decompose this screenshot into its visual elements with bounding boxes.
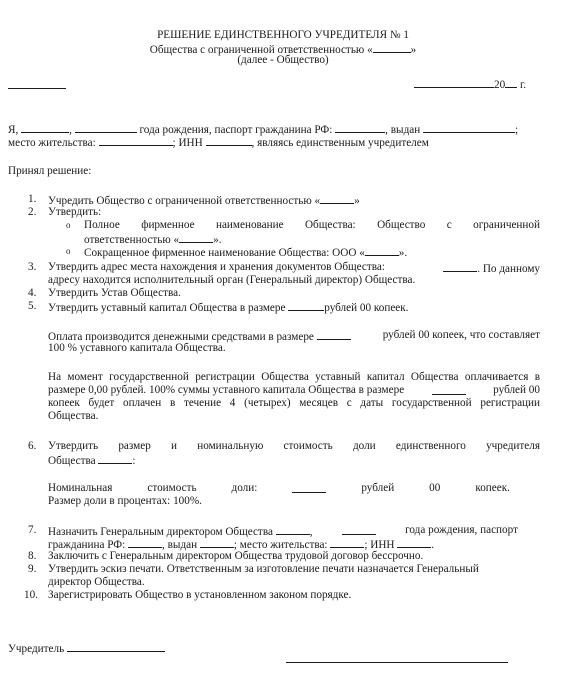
founder-name-blank[interactable] — [21, 122, 69, 133]
item-3-line-2: адресу находится исполнительный орган (Г… — [48, 274, 540, 287]
founder-signature: Учредитель — [8, 641, 165, 656]
item-8: Заключить с Генеральным директором Общес… — [48, 550, 540, 563]
capital-amount-blank[interactable] — [288, 300, 324, 311]
address-blank[interactable] — [443, 261, 477, 272]
item-5: Утвердить уставный капитал Общества в ра… — [48, 300, 540, 315]
capital-amount-blank[interactable] — [432, 384, 466, 395]
date-line: 20 г. — [414, 77, 554, 92]
company-name-blank[interactable] — [179, 232, 213, 243]
company-short-name-blank[interactable] — [365, 245, 399, 256]
bullet-icon: o — [66, 245, 71, 258]
nominal-value-line: Номинальная стоимость доли: рублей 00 ко… — [48, 482, 510, 495]
passport-blank[interactable] — [335, 122, 385, 133]
full-name-line-1: Полное фирменное наименование Общества: … — [84, 219, 540, 232]
registration-line-1: На момент государственной регистрации Об… — [48, 371, 540, 384]
item-number: 10. — [24, 589, 46, 602]
decision-label: Принял решение: — [8, 165, 91, 178]
signature-blank[interactable] — [67, 641, 165, 652]
founder-blank[interactable] — [98, 453, 132, 464]
document-title: РЕШЕНИЕ ЕДИНСТВЕННОГО УЧРЕДИТЕЛЯ № 1 — [0, 29, 566, 42]
item-4: Утвердить Устав Общества. — [48, 287, 540, 300]
registration-line-2: размере 0,00 рублей. 100% суммы уставног… — [48, 384, 540, 397]
date-blank[interactable] — [414, 77, 494, 88]
item-number: 1. — [28, 193, 46, 206]
item-number: 8. — [28, 550, 46, 563]
item-number: 7. — [28, 524, 46, 537]
short-name-line: Сокращенное фирменное наименование Общес… — [84, 245, 540, 260]
residence-blank[interactable] — [99, 135, 173, 146]
company-name-blank[interactable] — [320, 193, 354, 204]
issued-by-blank[interactable] — [423, 122, 515, 133]
item-number: 6. — [28, 440, 46, 453]
founder-birthdate-blank[interactable] — [75, 122, 137, 133]
payment-amount-blank[interactable] — [317, 329, 351, 340]
item-number: 2. — [28, 206, 46, 219]
nominal-value-blank[interactable] — [292, 482, 326, 493]
year-blank[interactable] — [505, 77, 517, 88]
share-percent-line: Размер доли в процентах: 100%. — [48, 495, 540, 508]
director-residence-blank[interactable] — [330, 537, 364, 548]
bullet-icon: o — [66, 219, 71, 232]
item-6-line-1: Утвердить размер и номинальную стоимость… — [48, 440, 540, 453]
director-name-blank[interactable] — [276, 524, 310, 535]
director-inn-blank[interactable] — [397, 537, 431, 548]
place-blank[interactable] — [8, 88, 66, 89]
item-6-line-2: Общества : — [48, 453, 540, 468]
item-number: 3. — [28, 261, 46, 274]
registration-line-4: Общества. — [48, 410, 540, 423]
item-number: 5. — [28, 300, 46, 313]
item-9-line-1: Утвердить эскиз печати. Ответственным за… — [48, 563, 540, 576]
registration-line-3: копеек будет оплачен в течение 4 (четыре… — [48, 397, 540, 410]
payment-line-2: 100 % уставного капитала Общества. — [48, 342, 540, 355]
item-9-line-2: директор Общества. — [48, 576, 540, 589]
item-2: Утвердить: — [48, 206, 540, 219]
director-passport-blank[interactable] — [128, 537, 162, 548]
intro-line-2: место жительства: ; ИНН , являясь единст… — [8, 135, 548, 150]
document-note: (далее - Общество) — [0, 54, 566, 67]
inn-blank[interactable] — [206, 135, 252, 146]
company-name-blank[interactable] — [373, 42, 411, 53]
director-birthdate-blank[interactable] — [342, 524, 376, 535]
director-issued-by-blank[interactable] — [200, 537, 234, 548]
item-10: Зарегистрировать Общество в установленно… — [48, 589, 540, 602]
item-number: 4. — [28, 287, 46, 300]
item-number: 9. — [28, 563, 46, 576]
signature-name-blank[interactable] — [286, 662, 508, 663]
